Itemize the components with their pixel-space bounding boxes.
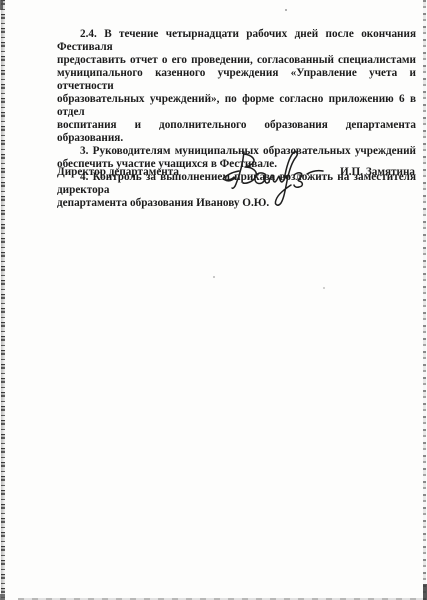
paragraph-2-4: 2.4. В течение четырнадцати рабочих дней… <box>57 28 416 145</box>
scanned-document-page: 2.4. В течение четырнадцати рабочих дней… <box>0 0 427 600</box>
paragraph-line: предоставить отчет о его проведении, сог… <box>57 54 416 67</box>
scan-edge-right <box>423 0 426 600</box>
handwritten-signature-icon <box>205 138 335 210</box>
scan-edge-left <box>1 0 5 600</box>
scan-corner-bottom-right <box>423 584 427 600</box>
paragraph-line: муниципального казенного учреждения «Упр… <box>57 67 416 93</box>
scan-corner-top-left <box>0 0 3 10</box>
scan-speck <box>285 9 287 11</box>
signatory-name-label: И.П. Замятина <box>340 166 415 179</box>
scan-corner-bottom-left <box>0 594 5 600</box>
scan-speck <box>213 276 215 278</box>
signatory-title-label: Директор департамента <box>57 166 179 179</box>
paragraph-line: 2.4. В течение четырнадцати рабочих дней… <box>57 28 416 54</box>
scan-speck <box>323 287 325 289</box>
paragraph-line: образовательных учреждений», по форме со… <box>57 93 416 119</box>
